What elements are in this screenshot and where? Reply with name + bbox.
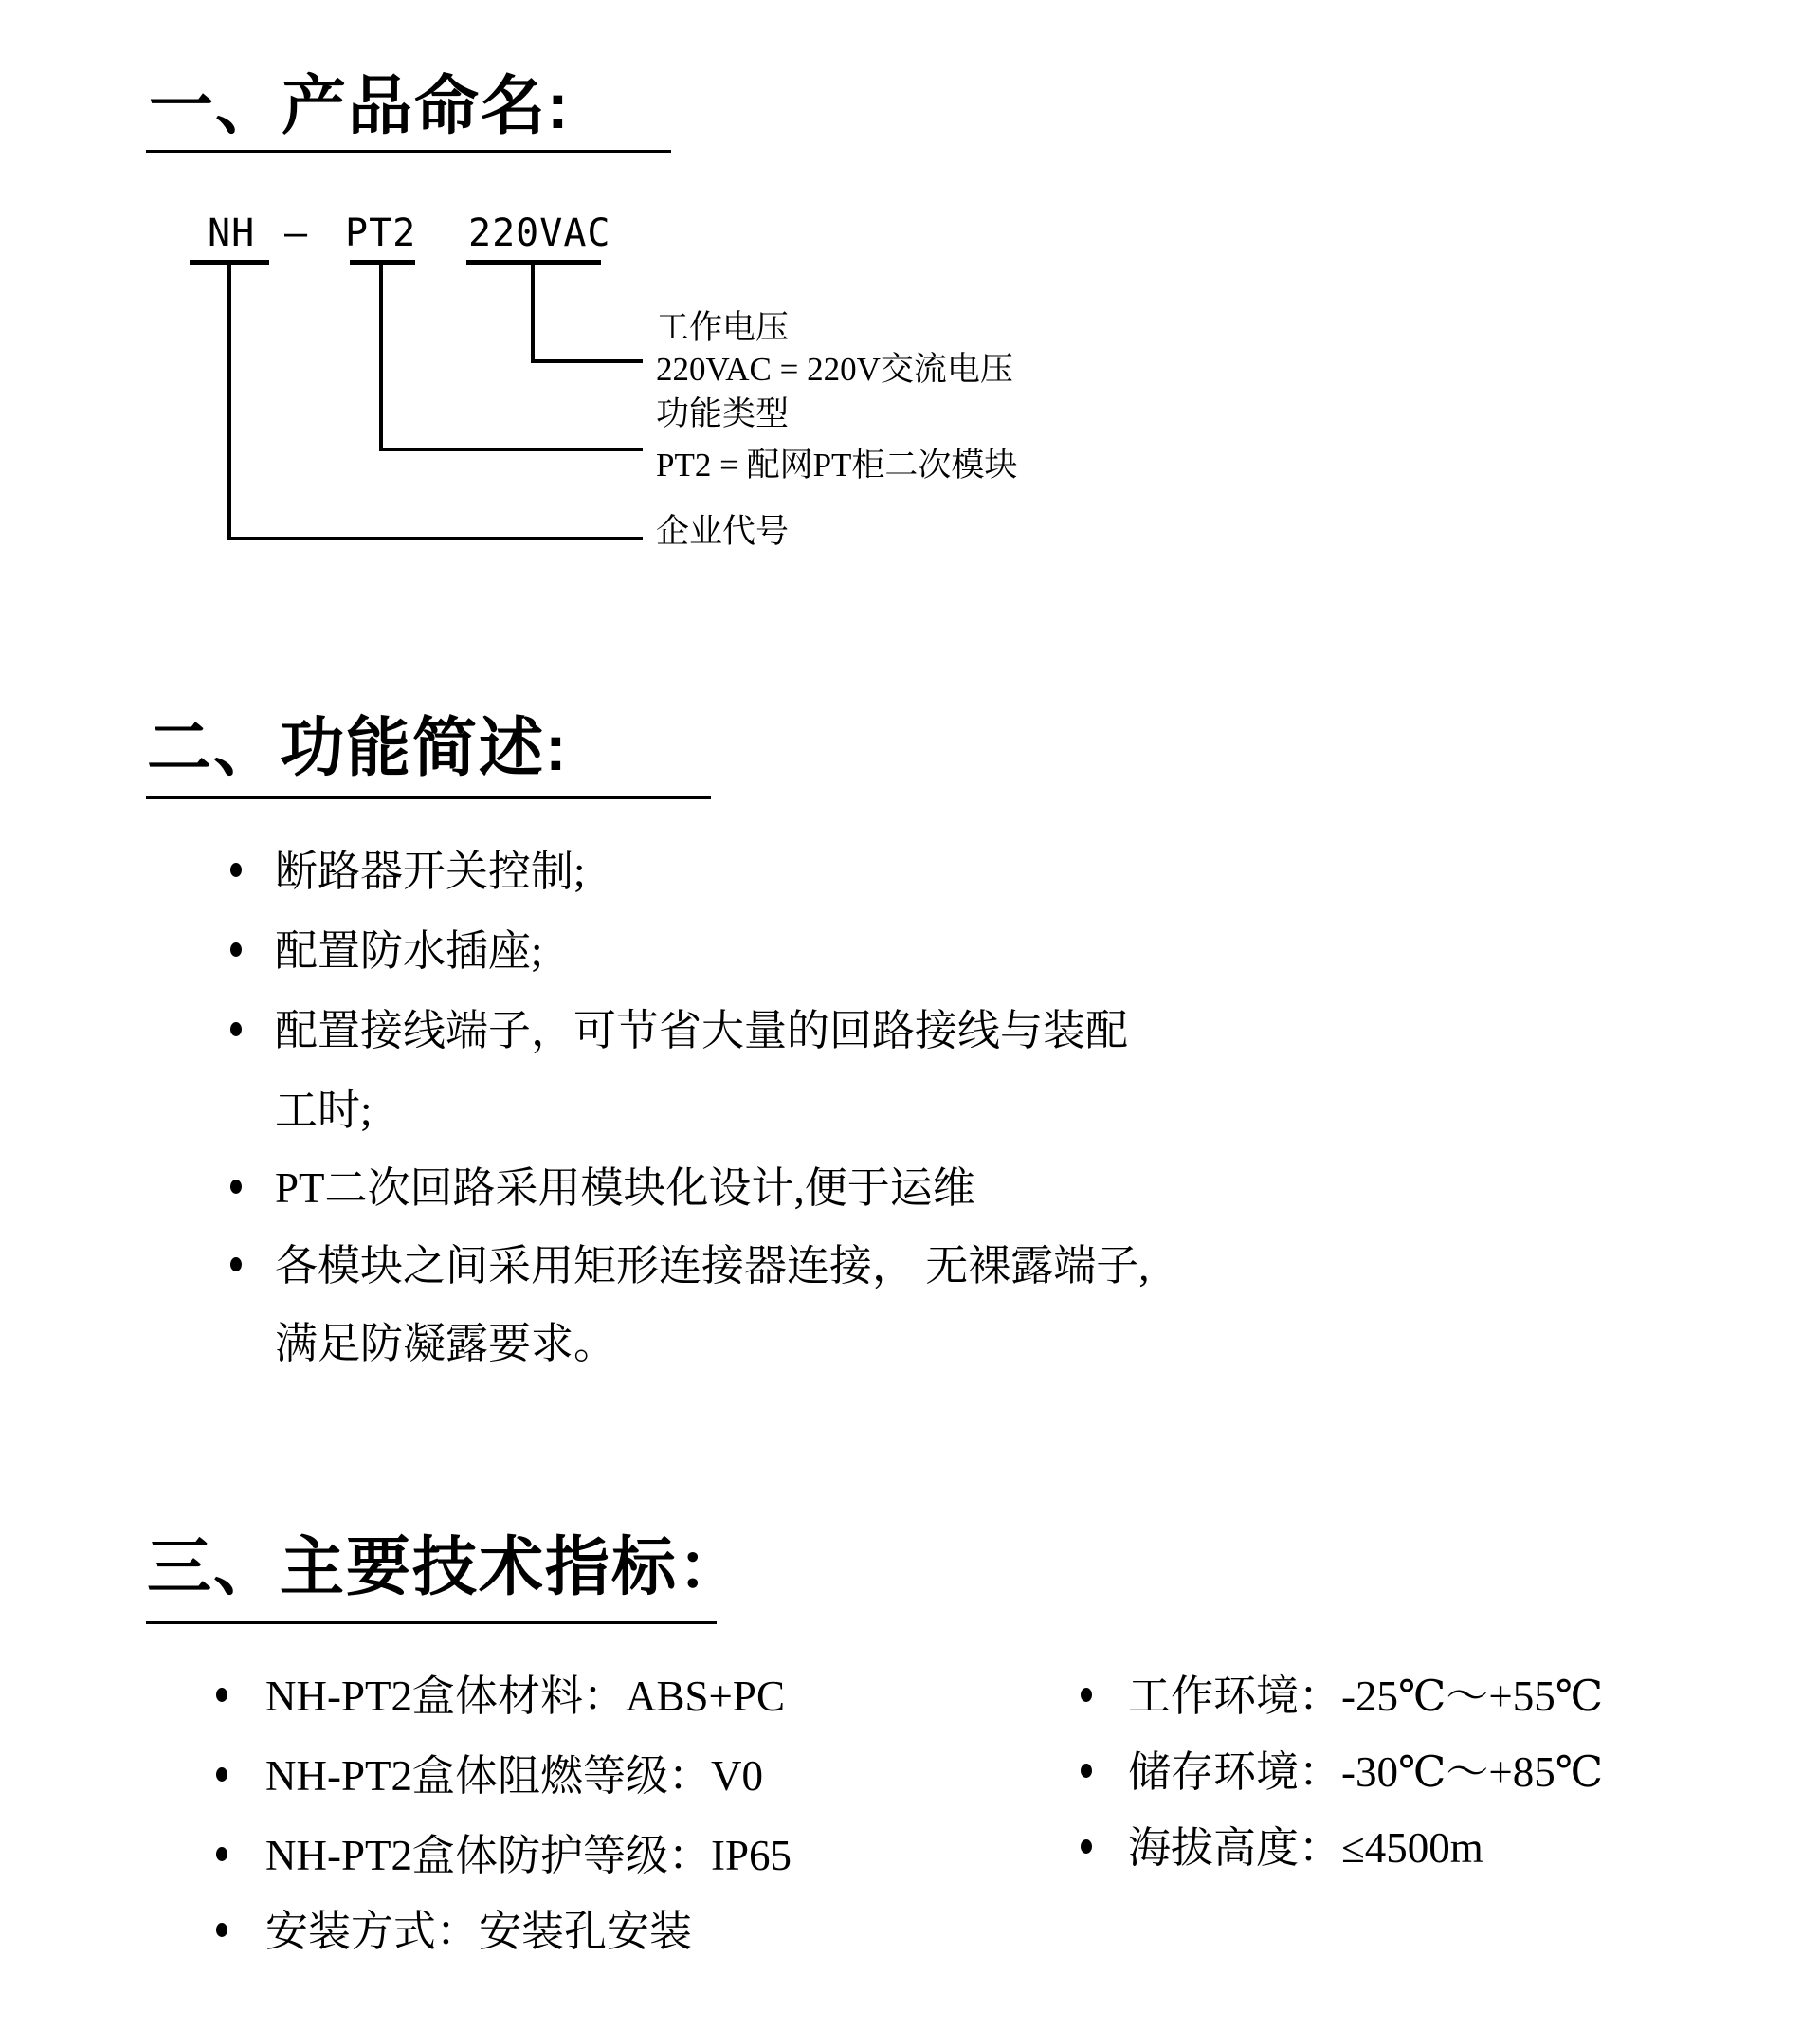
model-separator: – [284, 214, 308, 252]
bullet-icon [216, 1767, 227, 1782]
spec-item: 工作环境：-25℃～+55℃ [1128, 1671, 1603, 1722]
connector-horizontal-company [227, 537, 643, 540]
bullet-icon [1081, 1688, 1092, 1702]
bullet-icon [1081, 1839, 1092, 1854]
model-voltage: 220VAC [468, 214, 611, 252]
section1-heading-underline [146, 150, 671, 153]
spec-item: 安装方式：安装孔安装 [265, 1906, 692, 1957]
bullet-icon [230, 863, 242, 877]
feature-line: 各模块之间采用矩形连接器连接， 无裸露端子, [275, 1240, 1150, 1291]
bullet-icon [216, 1847, 227, 1861]
section2-heading: 二、功能简述: [147, 716, 569, 780]
feature-line: 配置接线端子，可节省大量的回路接线与装配 [275, 1005, 1128, 1056]
spec-item: 海拔高度：≤4500m [1128, 1822, 1483, 1874]
spec-item: NH-PT2盒体材料：ABS+PC [265, 1671, 785, 1722]
section3-heading-underline [146, 1621, 717, 1624]
connector-vertical-function [379, 260, 383, 451]
section3-heading: 三、主要技术指标： [147, 1535, 744, 1600]
model-company-code: NH [208, 214, 255, 252]
bullet-icon [230, 1022, 242, 1036]
bullet-icon [230, 942, 242, 957]
feature-line-continuation: 满足防凝露要求。 [275, 1318, 616, 1369]
connector-vertical-voltage [531, 260, 535, 363]
section2-heading-underline [146, 796, 711, 799]
callout-company-label: 企业代号 [656, 515, 789, 548]
feature-line: PT二次回路采用模块化设计,便于运维 [275, 1162, 975, 1214]
connector-vertical-company [227, 260, 231, 540]
bullet-icon [230, 1257, 242, 1271]
bullet-icon [230, 1180, 242, 1194]
callout-voltage-title: 工作电压 [656, 311, 789, 344]
callout-function-desc: PT2 = 配网PT柜二次模块 [656, 448, 1017, 482]
spec-item: NH-PT2盒体阻燃等级：V0 [265, 1750, 763, 1801]
spec-item: NH-PT2盒体防护等级：IP65 [265, 1830, 792, 1881]
spec-item: 储存环境：-30℃～+85℃ [1128, 1747, 1603, 1798]
callout-function-title: 功能类型 [656, 397, 789, 430]
datasheet-page: 一、产品命名: NH – PT2 220VAC 工作电压 220VAC = 22… [0, 0, 1820, 2030]
bullet-icon [1081, 1764, 1092, 1778]
feature-line: 断路器开关控制; [275, 846, 586, 897]
section1-heading: 一、产品命名: [149, 74, 571, 138]
callout-voltage-desc: 220VAC = 220V交流电压 [656, 353, 1013, 386]
model-function-type: PT2 [345, 214, 416, 252]
bullet-icon [216, 1923, 227, 1937]
connector-horizontal-function [379, 448, 643, 451]
feature-line-continuation: 工时; [275, 1085, 373, 1136]
bullet-icon [216, 1688, 227, 1702]
feature-line: 配置防水插座; [275, 925, 543, 977]
connector-horizontal-voltage [531, 359, 643, 363]
